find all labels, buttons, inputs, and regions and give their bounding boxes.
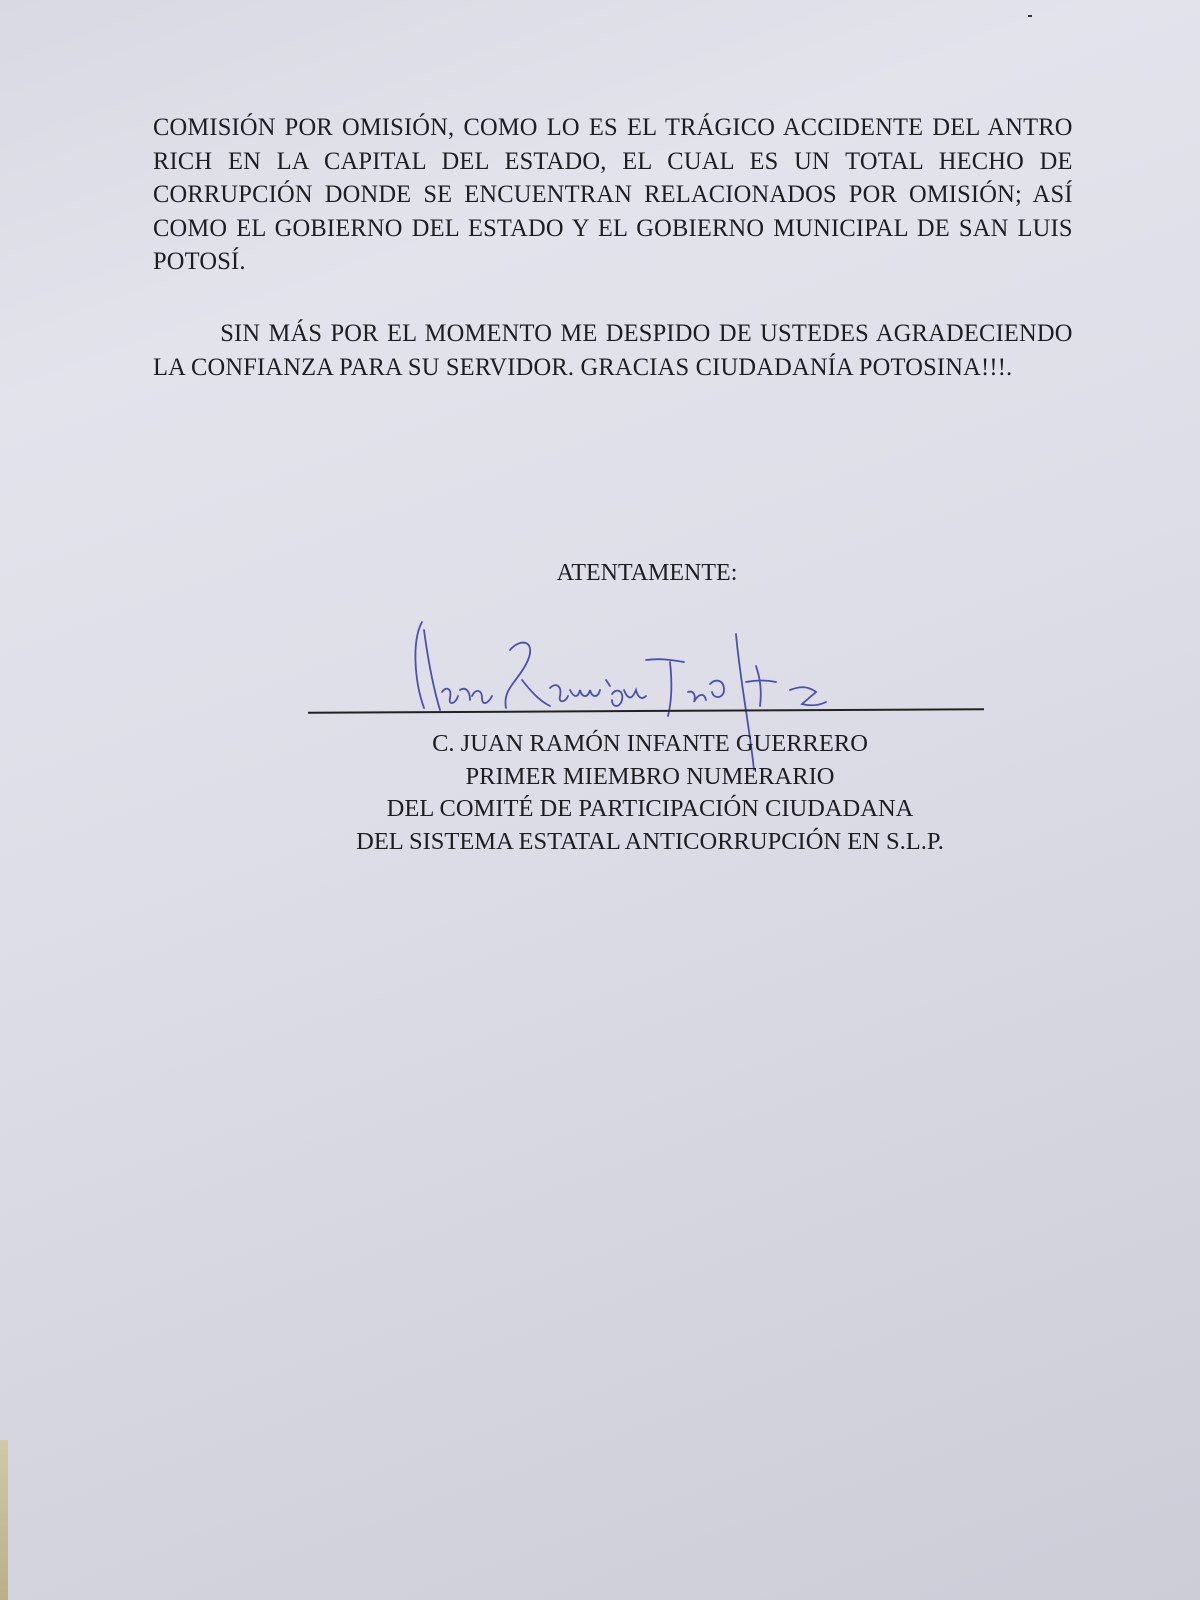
- signer-org-line-1: DEL COMITÉ DE PARTICIPACIÓN CIUDADANA: [310, 793, 990, 826]
- desk-edge: [0, 1440, 8, 1600]
- body-paragraph-1: COMISIÓN POR OMISIÓN, COMO LO ES EL TRÁG…: [153, 110, 1073, 278]
- signer-title: PRIMER MIEMBRO NUMERARIO: [310, 761, 990, 794]
- signer-org-line-2: DEL SISTEMA ESTATAL ANTICORRUPCIÓN EN S.…: [310, 826, 990, 859]
- body-paragraph-2: SIN MÁS POR EL MOMENTO ME DESPIDO DE UST…: [153, 316, 1073, 383]
- signer-block: C. JUAN RAMÓN INFANTE GUERRERO PRIMER MI…: [310, 728, 990, 858]
- paper-speck: [1028, 15, 1032, 17]
- closing-salutation: ATENTAMENTE:: [0, 560, 1200, 587]
- signer-name: C. JUAN RAMÓN INFANTE GUERRERO: [310, 728, 990, 761]
